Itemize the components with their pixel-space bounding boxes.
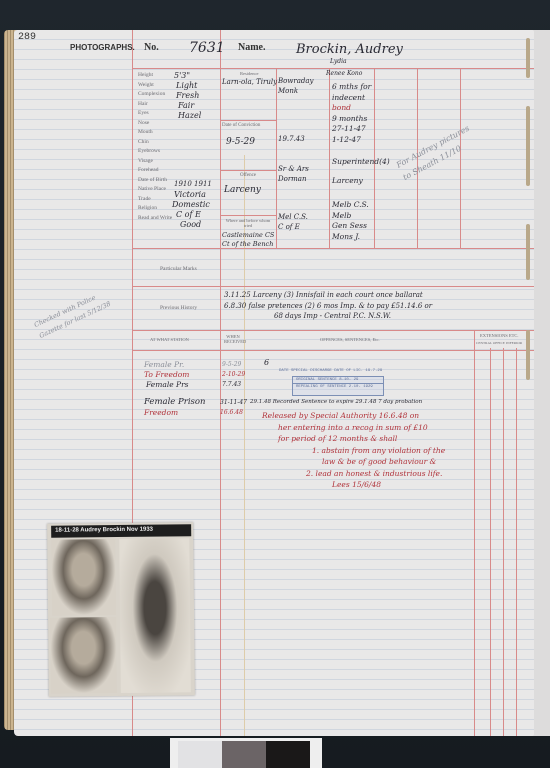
col1-entry: Dorman xyxy=(278,174,313,184)
pencil-note-left: Checked with Police Gazette for last 5/1… xyxy=(32,282,124,342)
col1-entry: Monk xyxy=(278,86,313,96)
label-religion: Religion xyxy=(138,205,172,215)
col2-entry: Mons J. xyxy=(332,232,390,243)
col2-entry: indecent xyxy=(332,93,390,104)
label-eyebrows: Eyebrows xyxy=(138,148,172,158)
header-extensions: EXTENSIONS ETC. xyxy=(480,333,519,338)
previous-history-text: 3.11.25 Larceny (3) Innisfail in each co… xyxy=(224,290,432,322)
original-sentence-stamp: ORIGINAL SENTENCE 8-10- 29 xyxy=(293,377,383,384)
binding-thread xyxy=(526,224,530,280)
release-note: Released by Special Authority 16.6.48 on… xyxy=(262,410,445,491)
header-inferior: INFERIOR xyxy=(506,341,522,345)
where-tried-value: Castlemaine CS Ct of the Bench xyxy=(222,231,276,249)
release-line: 1. abstain from any violation of the xyxy=(262,445,445,457)
binding-thread xyxy=(526,38,530,78)
alias-1: Lydia xyxy=(330,58,347,65)
residence-value: Larn-ola, Tiruly xyxy=(222,78,277,86)
name-value: Brockin, Audrey xyxy=(296,42,403,57)
release-line: law & be of good behaviour & xyxy=(262,456,445,468)
full-length-photo xyxy=(119,538,191,693)
religion-value: C of E xyxy=(176,210,201,219)
height-value: 5'3" xyxy=(174,71,190,80)
prior-column-1: Bowraday Monk 19.7.43 Sr & Ars Dorman Me… xyxy=(278,76,313,232)
release-line: Released by Special Authority 16.6.48 on xyxy=(262,410,445,422)
photo-caption: 18-11-28 Audrey Brockin Nov 1933 xyxy=(51,524,191,537)
release-line: her entering into a recog in sum of £10 xyxy=(262,422,445,434)
col2-entry: 6 mths for xyxy=(332,82,390,93)
particular-marks-label: Particular Marks xyxy=(160,266,197,272)
label-mouth: Mouth xyxy=(138,129,172,139)
release-line: 2. lead an honest & industrious life. xyxy=(262,468,445,480)
ledger-page: 289 PHOTOGRAPHS. No. 7631 Name. Brockin,… xyxy=(14,30,534,736)
sentence-stamp-box: ORIGINAL SENTENCE 8-10- 29 REPEALING OF … xyxy=(292,376,384,396)
eyes-value: Hazel xyxy=(178,111,201,120)
col2-entry: Superintend(4) xyxy=(332,157,390,168)
profile-photo xyxy=(50,617,117,694)
read-write-value: Good xyxy=(180,220,201,229)
colour-calibration-chart xyxy=(170,738,322,768)
row-offence: 29.1.48 Recorded Sentence to expire 29.1… xyxy=(250,399,422,405)
label-chin: Chin xyxy=(138,139,172,149)
row-when: 31-11-47 xyxy=(220,399,247,406)
label-height: Height xyxy=(138,72,172,82)
where-tried-label: Where and before whom tried xyxy=(224,218,272,228)
offence-value: Larceny xyxy=(224,185,261,195)
description-labels: Height Weight Complexion Hair Eyes Nose … xyxy=(138,72,172,224)
residence-label: Residence xyxy=(240,71,259,76)
label-dob: Date of Birth xyxy=(138,177,172,187)
col1-entry: 19.7.43 xyxy=(278,134,313,144)
col2-entry: Larceny xyxy=(332,176,390,187)
row-when: 9-5-29 xyxy=(222,361,241,368)
col1-entry: Mel C.S. xyxy=(278,212,313,222)
label-weight: Weight xyxy=(138,82,172,92)
history-line: 3.11.25 Larceny (3) Innisfail in each co… xyxy=(224,290,432,301)
photographs-heading: PHOTOGRAPHS. xyxy=(70,43,135,52)
header-when: WHEN RECEIVED xyxy=(224,334,242,344)
row-station: Female Prs xyxy=(146,380,189,389)
discharge-stamp: DATE SPECIAL DISCHARGE DATE OF LIC. 19.7… xyxy=(276,368,385,374)
repealing-stamp: REPEALING OF SENTENCE 2.10- 1929 xyxy=(293,384,383,390)
front-face-photo xyxy=(51,539,116,616)
alias-2: Renee Kono xyxy=(326,70,362,77)
date-conviction-label: Date of Conviction xyxy=(222,123,260,128)
number-value: 7631 xyxy=(189,40,225,56)
label-native-place: Native Place xyxy=(138,186,172,196)
mugshot-photograph: 18-11-28 Audrey Brockin Nov 1933 xyxy=(47,522,195,697)
row-station: Female Pr. xyxy=(144,360,184,369)
col1-entry: C of E xyxy=(278,222,313,232)
binding-thread xyxy=(526,106,530,186)
label-nose: Nose xyxy=(138,120,172,130)
hair-value: Fair xyxy=(178,101,194,110)
label-hair: Hair xyxy=(138,101,172,111)
col2-entry: Melb xyxy=(332,211,390,222)
row-when: 16.6.48 xyxy=(220,409,243,416)
complexion-value: Fresh xyxy=(176,91,199,100)
col2-entry: 1-12-47 xyxy=(332,135,390,146)
header-station: AT WHAT STATION xyxy=(150,337,189,342)
history-line: 6.8.30 false pretences (2) 6 mos Imp. & … xyxy=(224,301,432,312)
weight-value: Light xyxy=(176,81,197,90)
binding-thread xyxy=(526,330,530,380)
label-eyes: Eyes xyxy=(138,110,172,120)
release-line: Lees 15/6/48 xyxy=(262,479,445,491)
date-conviction-value: 9-5-29 xyxy=(226,137,255,147)
prior-column-2: 6 mths for indecent bond 9 months 27-11-… xyxy=(332,82,390,242)
label-trade: Trade xyxy=(138,196,172,206)
label-visage: Visage xyxy=(138,158,172,168)
col2-entry: Melb C.S. xyxy=(332,200,390,211)
label-read-write: Read and Write xyxy=(138,215,172,225)
offence-label: Offence xyxy=(240,173,256,178)
history-line: 68 days Imp - Central P.C. N.S.W. xyxy=(224,311,432,322)
col1-entry: Sr & Ars xyxy=(278,164,313,174)
col2-entry: 9 months xyxy=(332,114,390,125)
col1-entry: Bowraday xyxy=(278,76,313,86)
header-offences: OFFENCES, SENTENCES, Etc. xyxy=(320,337,380,342)
row-station: Freedom xyxy=(144,408,178,417)
label-forehead: Forehead xyxy=(138,167,172,177)
release-line: for period of 12 months & shall xyxy=(262,433,445,445)
col2-entry: 27-11-47 xyxy=(332,124,390,135)
pencil-note-right: For Audrey pictures to Sheath 11/10 xyxy=(394,118,487,185)
row-station: Female Prison xyxy=(144,397,206,407)
col2-entry: bond xyxy=(332,103,390,114)
name-label: Name. xyxy=(238,42,266,53)
col2-entry: Gen Sess xyxy=(332,221,390,232)
trade-value: Domestic xyxy=(172,200,210,209)
native-place-value: Victoria xyxy=(174,190,206,199)
row-when: 7.7.43 xyxy=(222,381,241,388)
row-station: To Freedom xyxy=(144,370,189,379)
row-when: 2-10-29 xyxy=(222,371,245,378)
previous-history-label: Previous History xyxy=(160,305,197,311)
label-complexion: Complexion xyxy=(138,91,172,101)
page-number: 289 xyxy=(18,32,36,43)
row-offence: 6 xyxy=(264,358,269,367)
dob-value: 1910 1911 xyxy=(174,180,212,188)
header-central-office: CENTRAL OFFICE xyxy=(476,341,505,345)
number-label: No. xyxy=(144,42,159,53)
